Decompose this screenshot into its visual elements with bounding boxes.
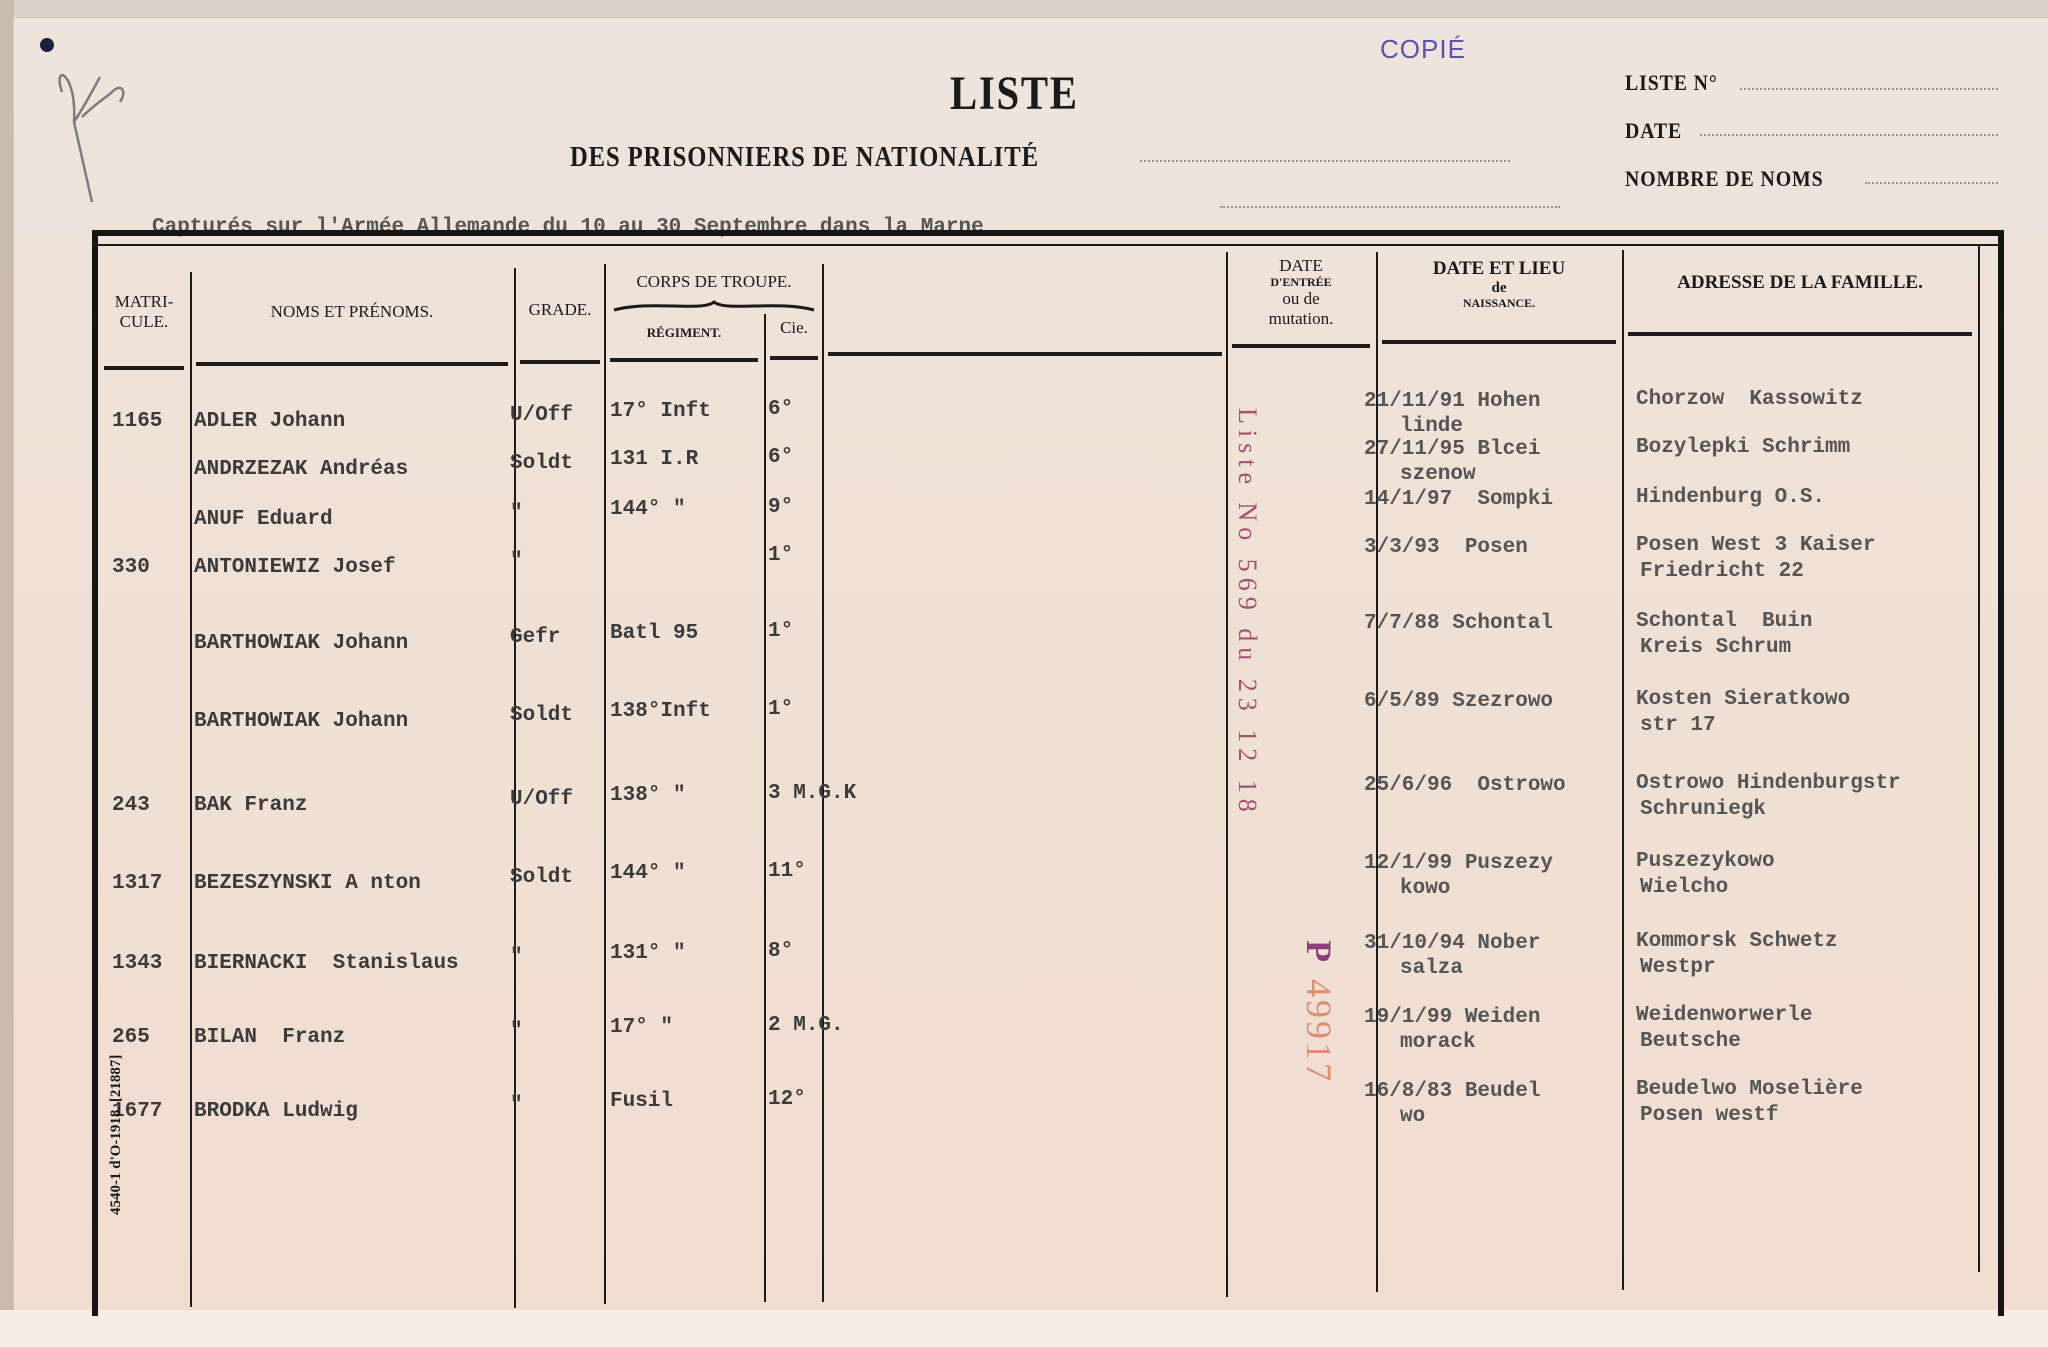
cell-naissance-1: 7/7/88 Schontal	[1364, 612, 1553, 635]
col-divider	[604, 264, 606, 1304]
col-divider	[1226, 252, 1228, 1297]
cell-cie: 1°	[768, 544, 793, 567]
cell-grade: Soldt	[510, 452, 573, 475]
p-stamp-prefix: P	[1299, 940, 1339, 965]
cell-nom: BRODKA Ludwig	[194, 1100, 358, 1123]
header-rule	[770, 356, 818, 360]
cell-grade: "	[510, 946, 523, 969]
cell-adresse-1: Chorzow Kassowitz	[1636, 388, 1863, 411]
header-rule	[610, 358, 758, 362]
cell-cie: 8°	[768, 940, 793, 963]
cell-adresse-1: Puszezykowo	[1636, 850, 1775, 873]
cell-cie: 9°	[768, 496, 793, 519]
header-regiment: RÉGIMENT.	[610, 326, 758, 341]
cell-nom: BEZESZYNSKI A nton	[194, 872, 421, 895]
cell-adresse-2: Kreis Schrum	[1640, 636, 1791, 659]
cell-regiment: 138° "	[610, 784, 686, 807]
cell-regiment: 144° "	[610, 498, 686, 521]
cell-cie: 11°	[768, 860, 806, 883]
header-rule	[104, 366, 184, 370]
cell-grade: Gefr	[510, 626, 560, 649]
cell-regiment: 138°Inft	[610, 700, 711, 723]
header-date-entree-line4: mutation.	[1232, 309, 1370, 329]
page-subtitle: DES PRISONNIERS DE NATIONALITÉ	[570, 142, 1039, 174]
captured-blank-line	[1220, 206, 1560, 208]
cell-naissance-2: kowo	[1400, 877, 1450, 900]
header-date-entree: DATE D'ENTRÉE ou de mutation.	[1232, 256, 1370, 328]
header-date-entree-line3: ou de	[1232, 289, 1370, 309]
cell-adresse-1: Kosten Sieratkowo	[1636, 688, 1850, 711]
cell-adresse-2: Posen westf	[1640, 1104, 1779, 1127]
cell-nom: ANDRZEZAK Andréas	[194, 458, 408, 481]
cell-adresse-2: Schruniegk	[1640, 798, 1766, 821]
liste-number-label: LISTE N°	[1625, 70, 1718, 96]
page-edge	[0, 0, 14, 1347]
nombre-de-noms-field	[1865, 182, 1998, 184]
header-matricule: MATRI- CULE.	[104, 292, 184, 331]
cell-grade: "	[510, 550, 523, 573]
cell-grade: Soldt	[510, 704, 573, 727]
cell-naissance-2: wo	[1400, 1105, 1425, 1128]
cell-grade: "	[510, 502, 523, 525]
col-divider	[1622, 250, 1624, 1290]
p-number-stamp: P49917	[1298, 940, 1340, 1084]
cell-cie: 12°	[768, 1088, 806, 1111]
header-rule	[1382, 340, 1616, 344]
header-rule	[520, 360, 600, 364]
cell-naissance-2: szenow	[1400, 463, 1476, 486]
cell-naissance-1: 21/11/91 Hohen	[1364, 390, 1540, 413]
cell-naissance-1: 14/1/97 Sompki	[1364, 488, 1553, 511]
cell-regiment: 17° "	[610, 1016, 673, 1039]
cell-grade: "	[510, 1020, 523, 1043]
col-divider	[190, 272, 192, 1307]
cell-cie: 6°	[768, 398, 793, 421]
header-corps-de-troupe: CORPS DE TROUPE.	[610, 272, 818, 292]
cell-nom: BAK Franz	[194, 794, 307, 817]
copie-stamp: COPIÉ	[1380, 34, 1466, 65]
cell-nom: BILAN Franz	[194, 1026, 345, 1049]
cell-adresse-2: Beutsche	[1640, 1030, 1741, 1053]
cell-naissance-1: 3/3/93 Posen	[1364, 536, 1528, 559]
cell-matricule: 1317	[112, 872, 162, 895]
cell-matricule: 1343	[112, 952, 162, 975]
nombre-de-noms-label: NOMBRE DE NOMS	[1625, 166, 1824, 192]
table-inner-top-rule	[92, 244, 1998, 246]
brace-icon	[612, 298, 816, 314]
cell-grade: U/Off	[510, 788, 573, 811]
cell-naissance-1: 31/10/94 Nober	[1364, 932, 1540, 955]
header-rule	[1628, 332, 1972, 336]
cell-nom: BARTHOWIAK Johann	[194, 710, 408, 733]
nationality-blank-line	[1140, 160, 1510, 162]
cell-nom: ADLER Johann	[194, 410, 345, 433]
cell-naissance-1: 19/1/99 Weiden	[1364, 1006, 1540, 1029]
header-naissance-line2: de	[1382, 280, 1616, 297]
cell-naissance-1: 27/11/95 Blcei	[1364, 438, 1540, 461]
header-rule	[196, 362, 508, 366]
cell-regiment: 144° "	[610, 862, 686, 885]
cell-adresse-1: Schontal Buin	[1636, 610, 1812, 633]
header-adresse: ADRESSE DE LA FAMILLE.	[1628, 272, 1972, 294]
table-inner-right-rule	[1978, 246, 1980, 1272]
cell-adresse-2: str 17	[1640, 714, 1716, 737]
header-noms: NOMS ET PRÉNOMS.	[196, 302, 508, 322]
cell-naissance-1: 6/5/89 Szezrowo	[1364, 690, 1553, 713]
cell-naissance-2: linde	[1400, 415, 1463, 438]
cell-naissance-1: 12/1/99 Puszezy	[1364, 852, 1553, 875]
header-date-entree-line1: DATE	[1232, 256, 1370, 276]
header-date-entree-line2: D'ENTRÉE	[1232, 276, 1370, 290]
cell-naissance-1: 16/8/83 Beudel	[1364, 1080, 1540, 1103]
cell-adresse-2: Friedricht 22	[1640, 560, 1804, 583]
header-naissance-line3: NAISSANCE.	[1382, 297, 1616, 311]
cell-regiment: 17° Inft	[610, 400, 711, 423]
header-naissance-line1: DATE ET LIEU	[1382, 258, 1616, 280]
date-label: DATE	[1625, 118, 1682, 144]
punch-hole-icon	[40, 38, 54, 52]
cell-naissance-1: 25/6/96 Ostrowo	[1364, 774, 1566, 797]
cell-naissance-2: morack	[1400, 1031, 1476, 1054]
liste-number-field	[1740, 88, 1998, 90]
cell-grade: U/Off	[510, 404, 573, 427]
cell-nom: ANTONIEWIZ Josef	[194, 556, 396, 579]
cell-cie: 1°	[768, 620, 793, 643]
date-field	[1700, 134, 1998, 136]
cell-cie: 6°	[768, 446, 793, 469]
cell-adresse-1: Beudelwo Moselière	[1636, 1078, 1863, 1101]
cell-matricule: 1165	[112, 410, 162, 433]
cell-adresse-1: Hindenburg O.S.	[1636, 486, 1825, 509]
cell-cie: 3 M.G.K	[768, 782, 856, 805]
cell-adresse-1: Posen West 3 Kaiser	[1636, 534, 1875, 557]
cell-nom: BARTHOWIAK Johann	[194, 632, 408, 655]
cell-nom: ANUF Eduard	[194, 508, 333, 531]
cell-cie: 1°	[768, 698, 793, 721]
cell-adresse-1: Ostrowo Hindenburgstr	[1636, 772, 1901, 795]
cell-matricule: 330	[112, 556, 150, 579]
cell-grade: Soldt	[510, 866, 573, 889]
cell-adresse-2: Westpr	[1640, 956, 1716, 979]
header-compagnie: Cie.	[770, 318, 818, 338]
cell-regiment: Fusil	[610, 1090, 673, 1113]
header-naissance: DATE ET LIEU de NAISSANCE.	[1382, 258, 1616, 311]
cell-adresse-1: Weidenworwerle	[1636, 1004, 1812, 1027]
cell-regiment: 131 I.R	[610, 448, 698, 471]
cell-matricule: 243	[112, 794, 150, 817]
col-divider	[764, 314, 766, 1302]
cell-naissance-2: salza	[1400, 957, 1463, 980]
cell-adresse-2: Wielcho	[1640, 876, 1728, 899]
header-rule	[828, 352, 1222, 356]
printer-reference: 4540-1 d'O-1918. [21887]	[108, 1055, 125, 1215]
cell-cie: 2 M.G.	[768, 1014, 844, 1037]
cell-regiment: 131° "	[610, 942, 686, 965]
cell-grade: "	[510, 1094, 523, 1117]
pencil-annotation-icon	[52, 62, 142, 212]
cell-regiment: Batl 95	[610, 622, 698, 645]
cell-matricule: 265	[112, 1026, 150, 1049]
header-rule	[1232, 344, 1370, 348]
page-title: LISTE	[950, 66, 1079, 121]
liste-number-stamp: Liste No 569 du 23 12 18	[1232, 408, 1262, 818]
cell-nom: BIERNACKI Stanislaus	[194, 952, 459, 975]
header-grade: GRADE.	[520, 300, 600, 320]
cell-adresse-1: Bozylepki Schrimm	[1636, 436, 1850, 459]
cell-adresse-1: Kommorsk Schwetz	[1636, 930, 1838, 953]
p-stamp-number: 49917	[1299, 979, 1339, 1084]
